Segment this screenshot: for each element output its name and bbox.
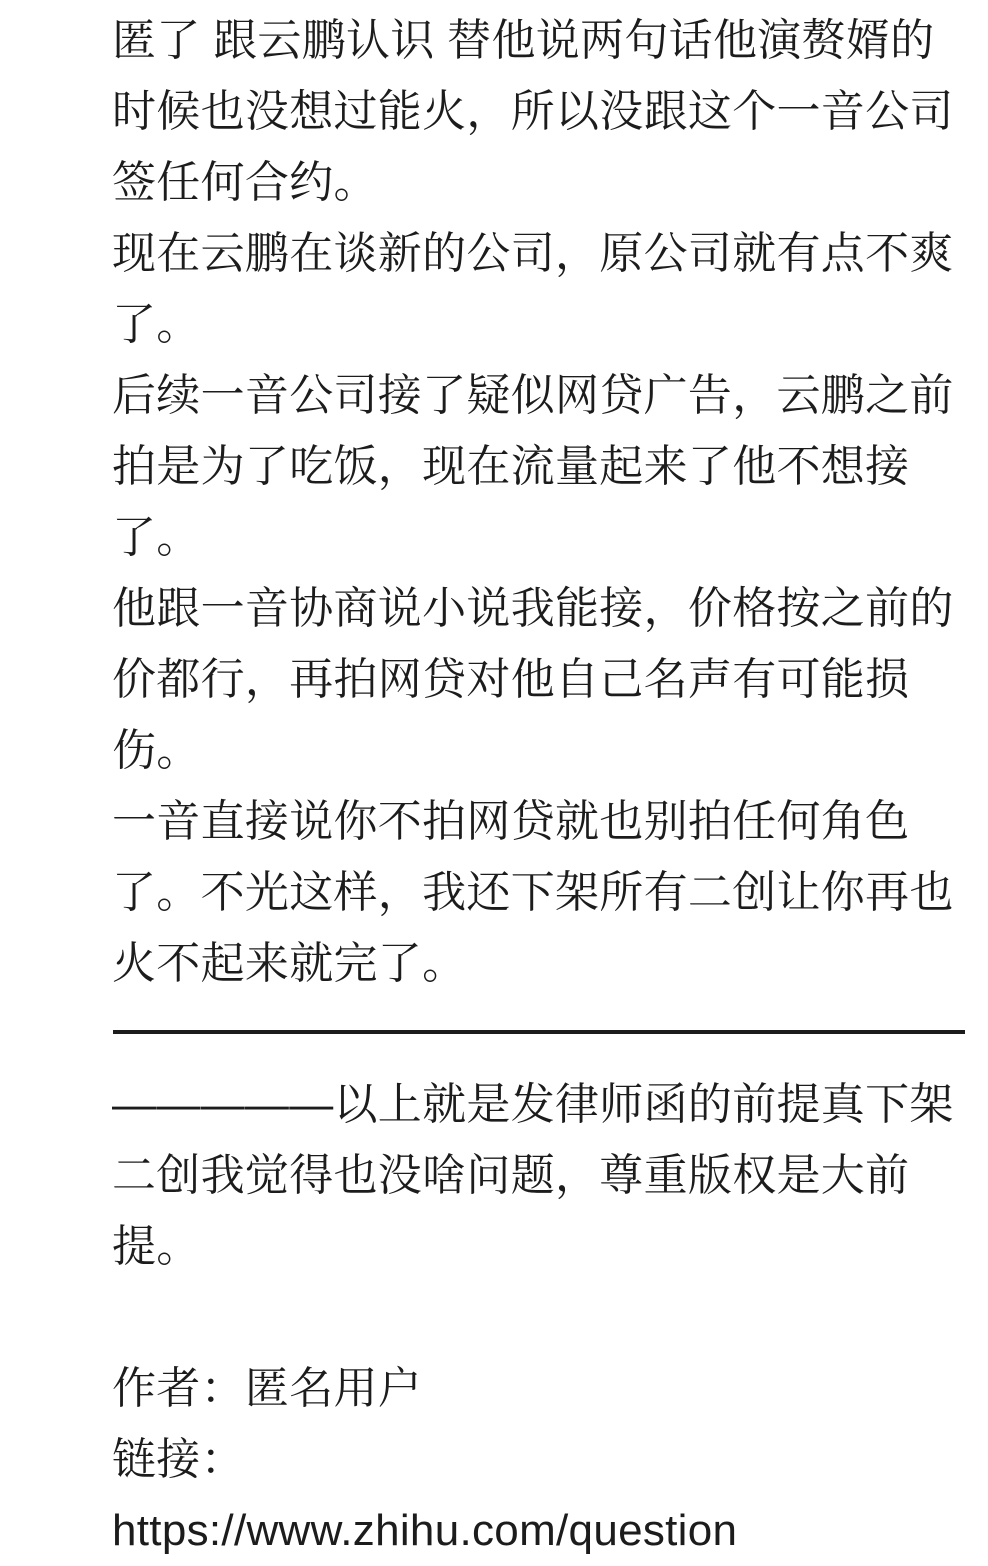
source-url: https://www.zhihu.com/question xyxy=(112,1495,988,1566)
author-attribution: 作者：匿名用户 xyxy=(112,1353,988,1424)
conclusion-text: —————以上就是发律师函的前提真下架 二创我觉得也没啥问题，尊重版权是大前 提… xyxy=(112,1069,988,1282)
section-divider-line xyxy=(113,1030,965,1034)
answer-body-text: 匿了 跟云鹏认识 替他说两句话他演赘婿的 时候也没想过能火，所以没跟这个一音公司… xyxy=(112,5,988,999)
answer-text-container: 匿了 跟云鹏认识 替他说两句话他演赘婿的 时候也没想过能火，所以没跟这个一音公司… xyxy=(0,0,988,1566)
link-label: 链接： xyxy=(112,1424,988,1495)
attribution-block: 作者：匿名用户 链接： https://www.zhihu.com/questi… xyxy=(112,1353,988,1566)
